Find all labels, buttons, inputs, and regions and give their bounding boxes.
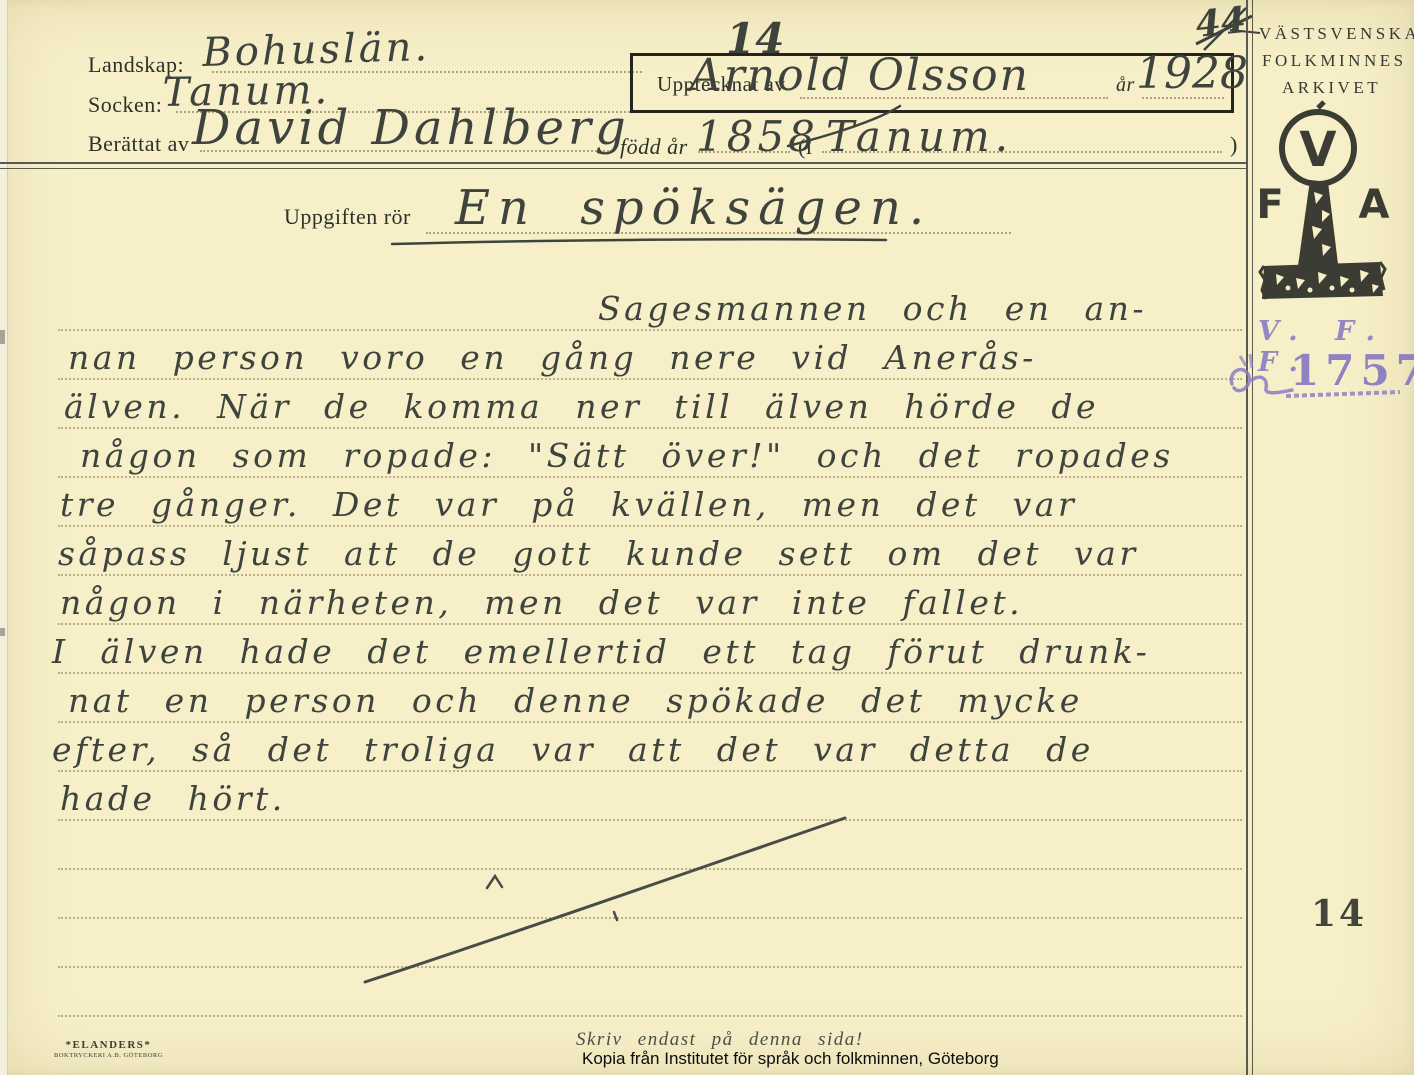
printer-name: ELANDERS [73,1039,145,1051]
ar-value: 1928 [1136,48,1248,99]
printer-ornament-right: * [144,1039,151,1051]
svg-text:V: V [1299,122,1336,178]
ruled-line [58,1014,1242,1017]
vfa-logo: V F A [1252,106,1392,311]
printer-subline: BOKTRYCKERI A.B. GÖTEBORG [54,1053,163,1060]
fodd-place-close: ) [1230,132,1238,158]
copy-notice: Kopia från Institutet för språk och folk… [582,1049,999,1069]
page-number-stamp: 14 [1311,893,1367,935]
logo-circle-v: V [1282,102,1354,184]
archive-name-line1: VÄSTSVENSKA [1259,24,1414,44]
logo-letter-a: A [1359,182,1390,228]
printer-ornament-left: * [66,1039,73,1051]
archive-name-line2: FOLKMINNES [1262,51,1407,71]
archive-name-line3: ARKIVET [1282,78,1381,98]
pen-stroke [0,0,900,1000]
form-instruction: Skriv endast på denna sida! [576,1029,864,1051]
printer-imprint: *ELANDERS* BOKTRYCKERI A.B. GÖTEBORG [54,1040,163,1060]
logo-letter-f: F [1256,182,1283,228]
ar-label: år [1116,74,1135,97]
archive-card-page: Landskap: Socken: Berättat av född år (i… [0,0,1414,1075]
stamp-scribble [1228,344,1408,404]
